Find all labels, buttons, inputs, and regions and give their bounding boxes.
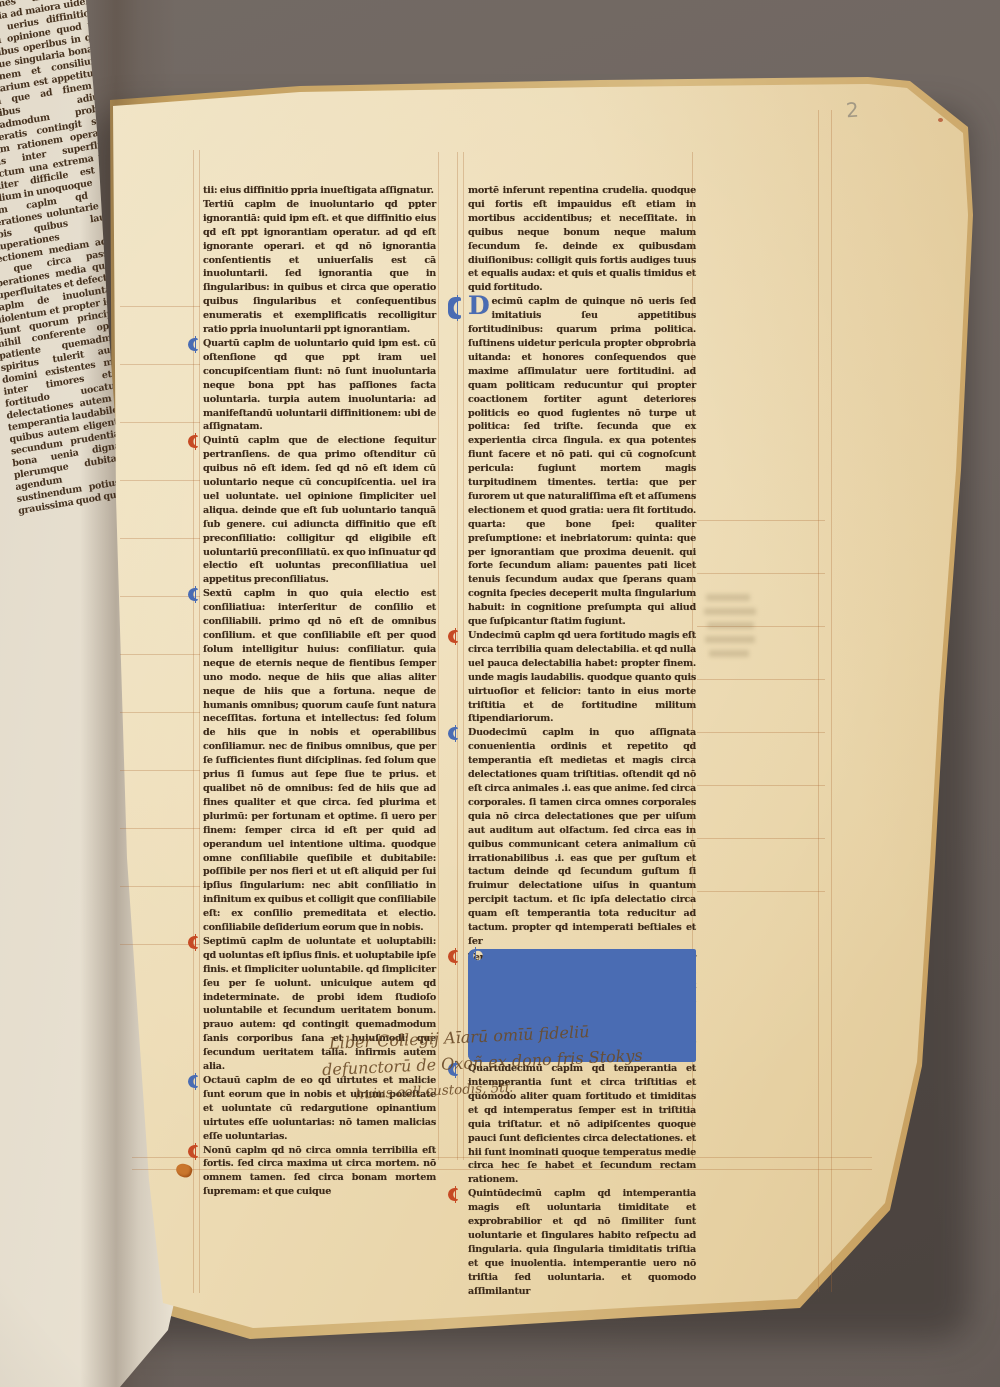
ruling-line xyxy=(818,110,819,1292)
manuscript-paragraph: Quintū caplm que de electione ſequitur p… xyxy=(203,434,436,587)
capitulum-mark-blue-icon xyxy=(448,297,461,319)
ruling-line xyxy=(697,679,825,680)
manuscript-paragraph: Nonū caplm qd nō circa omnia terribilia … xyxy=(203,1144,436,1200)
ruling-line xyxy=(697,732,825,733)
illuminated-initial: D xyxy=(468,295,489,316)
ruling-line xyxy=(120,306,200,307)
ruling-line xyxy=(438,152,439,1160)
manuscript-paragraph: Decimū caplm de quinque nō ueris ſed imi… xyxy=(468,295,696,629)
manuscript-paragraph: Sextū caplm in quo quia electio est conſ… xyxy=(203,587,436,935)
ruling-line xyxy=(120,886,200,887)
ruling-line xyxy=(463,152,464,1160)
manuscript-paragraph: Quintūdecimū caplm qd intemperantia magi… xyxy=(468,1187,696,1298)
capitulum-mark-red-icon xyxy=(448,950,458,963)
capitulum-mark-red-icon xyxy=(188,936,198,949)
ruling-line xyxy=(697,573,825,574)
ruling-line xyxy=(120,712,200,713)
ruling-line xyxy=(697,785,825,786)
manuscript-paragraph: Duodecimū caplm in quo aſſignata conueni… xyxy=(468,726,696,949)
red-speck xyxy=(938,118,943,122)
capitulum-mark-blue-icon xyxy=(188,338,198,351)
manuscript-paragraph: Quartū caplm de uoluntario quid ipm est.… xyxy=(203,337,436,434)
capitulum-mark-red-icon xyxy=(188,435,198,448)
ruling-line xyxy=(697,520,825,521)
ink-show-through xyxy=(706,594,750,601)
manuscript-paragraph: tii: eius diffinitio ppria inueſtigata a… xyxy=(203,184,436,198)
manuscript-paragraph: Tertiū caplm de inuoluntario qd ppter ig… xyxy=(203,198,436,337)
folio-number: 2 xyxy=(845,98,859,123)
ruling-line xyxy=(120,654,200,655)
ruling-line xyxy=(120,422,200,423)
ruling-line xyxy=(120,364,200,365)
capitulum-mark-red-icon xyxy=(448,630,458,643)
capitulum-mark-blue-icon xyxy=(448,727,458,740)
ruling-line xyxy=(697,891,825,892)
ruling-line xyxy=(831,110,832,1292)
ruling-line xyxy=(199,150,200,1293)
ink-show-through xyxy=(707,622,754,629)
manuscript-paragraph: mortē inferunt repentina crudelia. quodq… xyxy=(468,184,696,295)
ink-show-through xyxy=(704,608,756,615)
ruling-line xyxy=(120,538,200,539)
ruling-line xyxy=(697,838,825,839)
ink-show-through xyxy=(709,650,749,657)
capitulum-mark-red-icon xyxy=(188,1145,198,1158)
ruling-line xyxy=(120,828,200,829)
ruling-line xyxy=(120,480,200,481)
right-column: mortē inferunt repentina crudelia. quodq… xyxy=(468,184,696,1299)
manuscript-paragraph: Undecimū caplm qd uera fortitudo magis e… xyxy=(468,629,696,726)
capitulum-mark-blue-icon xyxy=(647,949,657,962)
ink-show-through xyxy=(705,636,755,643)
manuscript-photograph: rectum in quo qd circa operationes uirtu… xyxy=(0,0,1000,1387)
capitulum-mark-blue-icon xyxy=(188,588,198,601)
ruling-line xyxy=(120,770,200,771)
ruling-line xyxy=(193,150,194,1293)
capitulum-mark-red-icon xyxy=(448,1188,458,1201)
capitulum-mark-blue-icon xyxy=(188,1075,198,1088)
